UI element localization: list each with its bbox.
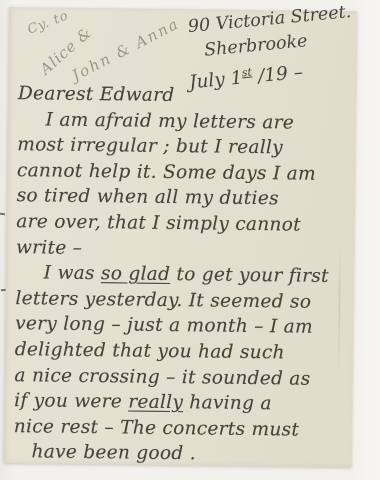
letter-page: Cy. to Alice & John & Anna 90 Victoria S…	[3, 7, 357, 467]
handwritten-line: so tired when all my duties	[17, 183, 351, 213]
underlined-words: so glad	[101, 263, 171, 285]
handwritten-line: very long – just a month – I am	[15, 311, 349, 341]
line-fragment: if you were	[14, 390, 128, 412]
handwritten-line: if you were really having a	[14, 388, 348, 418]
underlined-word: really	[128, 392, 183, 414]
scan-edge-mark	[0, 213, 5, 216]
handwritten-line: have been good .	[13, 439, 347, 469]
line-fragment: I was	[44, 263, 101, 285]
pencil-note-line: Cy. to	[26, 8, 71, 38]
handwritten-line: are over, that I simply cannot	[16, 209, 350, 239]
handwritten-line: most irregular ; but I really	[17, 132, 351, 162]
line-fragment: to get your first	[170, 264, 329, 287]
letter-heading: 90 Victoria Street. Sherbrooke July 1st …	[187, 0, 370, 95]
handwritten-line: delighted that you had such	[15, 337, 349, 367]
handwritten-line: I was so glad to get your first	[16, 260, 350, 290]
letter-body: Dearest Edward I am afraid my letters ar…	[13, 81, 352, 469]
line-fragment: having a	[183, 392, 272, 414]
scan-background: Cy. to Alice & John & Anna 90 Victoria S…	[0, 0, 380, 480]
salutation: Dearest Edward	[18, 81, 352, 111]
